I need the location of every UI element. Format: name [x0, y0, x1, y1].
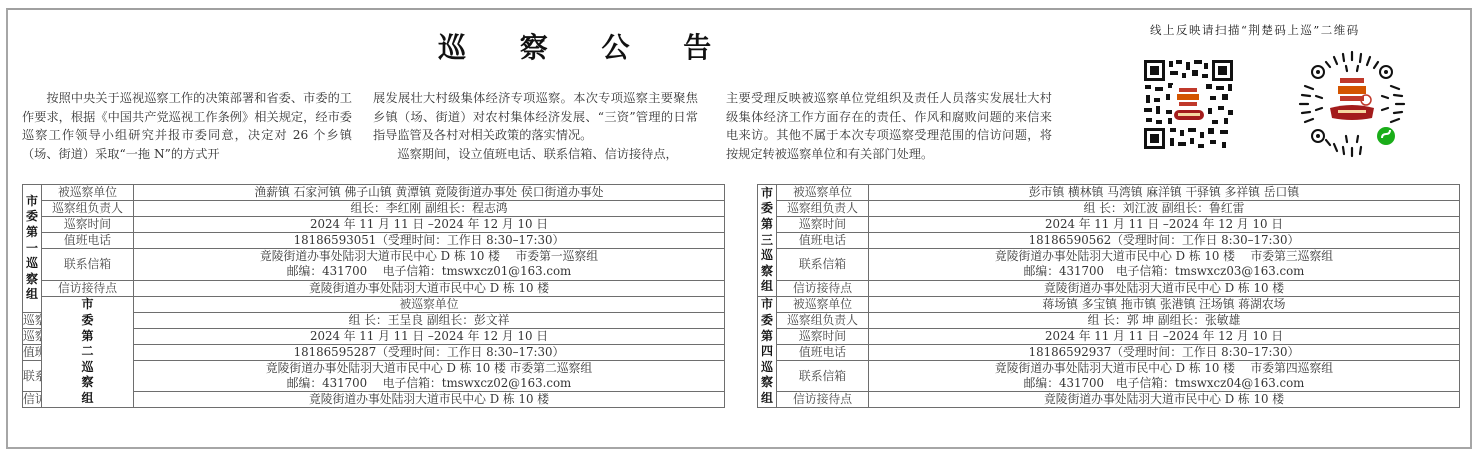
group-2-period: 2024 年 11 月 11 日 –2024 年 12 月 10 日	[134, 328, 725, 344]
group-1-phone: 18186593051（受理时间：工作日 8:30–17:30）	[134, 233, 725, 249]
group-name-char: 一	[23, 241, 41, 257]
group-name-char: 委	[42, 313, 133, 329]
group-name-char: 市	[758, 297, 776, 313]
intro-column-1: 按照中央关于巡视巡察工作的决策部署和省委、市委的工作要求，根据《中国共产党巡视工…	[22, 89, 352, 163]
group-name-char: 二	[42, 344, 133, 360]
group-name-char: 察	[42, 375, 133, 391]
group-name-char: 巡	[758, 248, 776, 264]
label-units: 被巡察单位	[777, 296, 869, 312]
label-period: 巡察时间	[23, 328, 42, 344]
group-name-char: 市	[758, 186, 776, 202]
label-phone: 值班电话	[777, 233, 869, 249]
mini-program-code-icon[interactable]	[1296, 48, 1408, 160]
group-2-leaders: 组 长：王呈良 副组长：彭文祥	[134, 312, 725, 328]
group-name-char: 察	[758, 375, 776, 391]
label-period: 巡察时间	[42, 217, 134, 233]
group-4-mailbox-address: 竟陵街道办事处陆羽大道市民中心 D 栋 10 楼 市委第四巡察组	[869, 361, 1460, 377]
group-4-name: 市 委 第 四 巡 察 组	[758, 296, 777, 408]
group-name-char: 组	[758, 279, 776, 295]
group-4-mailbox-email: 邮编：431700 电子信箱：tmswxcz04@163.com	[869, 376, 1460, 392]
group-name-char: 察	[23, 272, 41, 288]
label-phone: 值班电话	[23, 344, 42, 360]
group-name-char: 市	[42, 297, 133, 313]
label-reception: 信访接待点	[777, 280, 869, 296]
group-1-period: 2024 年 11 月 11 日 –2024 年 12 月 10 日	[134, 217, 725, 233]
group-name-char: 委	[758, 201, 776, 217]
group-name-char: 巡	[758, 360, 776, 376]
intro-paragraph-1-continued: 展发展壮大村级集体经济专项巡察。本次专项巡察主要聚焦乡镇（场、街道）对农村集体经…	[373, 89, 698, 145]
group-1-mailbox-address: 竟陵街道办事处陆羽大道市民中心 D 栋 10 楼 市委第一巡察组	[134, 249, 725, 265]
group-3-leaders: 组 长：刘江波 副组长：鲁红雷	[869, 201, 1460, 217]
group-name-char: 委	[23, 209, 41, 225]
group-2-phone: 18186595287（受理时间：工作日 8:30–17:30）	[134, 344, 725, 360]
group-4-reception: 竟陵街道办事处陆羽大道市民中心 D 栋 10 楼	[869, 392, 1460, 408]
qr-code-icon[interactable]	[1142, 58, 1235, 151]
group-1-leaders: 组长：李红刚 副组长：程志鸿	[134, 201, 725, 217]
label-leaders: 巡察组负责人	[777, 312, 869, 328]
label-leaders: 巡察组负责人	[23, 312, 42, 328]
label-leaders: 巡察组负责人	[42, 201, 134, 217]
label-leaders: 巡察组负责人	[777, 201, 869, 217]
label-units: 被巡察单位	[134, 296, 725, 312]
group-3-period: 2024 年 11 月 11 日 –2024 年 12 月 10 日	[869, 217, 1460, 233]
group-name-char: 组	[23, 287, 41, 303]
group-2-reception: 竟陵街道办事处陆羽大道市民中心 D 栋 10 楼	[134, 392, 725, 408]
group-name-char: 巡	[42, 360, 133, 376]
group-name-char: 第	[758, 217, 776, 233]
group-4-leaders: 组 长：郭 坤 副组长：张敏雄	[869, 312, 1460, 328]
label-period: 巡察时间	[777, 328, 869, 344]
label-reception: 信访接待点	[23, 392, 42, 408]
intro-column-3: 主要受理反映被巡察单位党组织及责任人员落实发展壮大村级集体经济工作方面存在的责任…	[726, 89, 1052, 163]
group-name-char: 第	[23, 225, 41, 241]
page-title: 巡 察 公 告	[438, 30, 638, 66]
group-name-char: 四	[758, 344, 776, 360]
group-1-reception: 竟陵街道办事处陆羽大道市民中心 D 栋 10 楼	[134, 280, 725, 296]
group-3-phone: 18186590562（受理时间：工作日 8:30–17:30）	[869, 233, 1460, 249]
group-3-mailbox-address: 竟陵街道办事处陆羽大道市民中心 D 栋 10 楼 市委第三巡察组	[869, 249, 1460, 265]
group-3-name: 市 委 第 三 巡 察 组	[758, 185, 777, 297]
mini-program-badge-icon	[1377, 127, 1395, 145]
group-2-name: 市 委 第 二 巡 察 组	[42, 296, 134, 408]
group-1-name: 市 委 第 一 巡 察 组	[23, 185, 42, 313]
group-name-char: 组	[42, 391, 133, 407]
group-3-mailbox-email: 邮编：431700 电子信箱：tmswxcz03@163.com	[869, 264, 1460, 280]
label-period: 巡察时间	[777, 217, 869, 233]
intro-paragraph-2: 巡察期间，设立值班电话、联系信箱、信访接待点，	[373, 145, 698, 164]
group-name-char: 察	[758, 264, 776, 280]
group-2-mailbox-address: 竟陵街道办事处陆羽大道市民中心 D 栋 10 楼 市委第二巡察组	[134, 361, 725, 377]
intro-column-2: 展发展壮大村级集体经济专项巡察。本次专项巡察主要聚焦乡镇（场、街道）对农村集体经…	[373, 89, 698, 163]
group-2-mailbox-email: 邮编：431700 电子信箱：tmswxcz02@163.com	[134, 376, 725, 392]
group-4-period: 2024 年 11 月 11 日 –2024 年 12 月 10 日	[869, 328, 1460, 344]
patrol-table-right: 市 委 第 三 巡 察 组 被巡察单位 彭市镇 横林镇 马湾镇 麻洋镇 干驿镇 …	[757, 184, 1460, 408]
group-3-reception: 竟陵街道办事处陆羽大道市民中心 D 栋 10 楼	[869, 280, 1460, 296]
intro-paragraph-1: 按照中央关于巡视巡察工作的决策部署和省委、市委的工作要求，根据《中国共产党巡视工…	[22, 89, 352, 163]
group-4-units: 蒋场镇 多宝镇 拖市镇 张港镇 汪场镇 蒋湖农场	[869, 296, 1460, 312]
label-mailbox: 联系信箱	[23, 361, 42, 392]
label-mailbox: 联系信箱	[777, 249, 869, 280]
label-units: 被巡察单位	[42, 185, 134, 201]
label-mailbox: 联系信箱	[777, 361, 869, 392]
group-4-phone: 18186592937（受理时间：工作日 8:30–17:30）	[869, 344, 1460, 360]
label-phone: 值班电话	[777, 344, 869, 360]
intro-paragraph-2-continued: 主要受理反映被巡察单位党组织及责任人员落实发展壮大村级集体经济工作方面存在的责任…	[726, 89, 1052, 163]
group-name-char: 第	[758, 329, 776, 345]
group-name-char: 第	[42, 329, 133, 345]
label-phone: 值班电话	[42, 233, 134, 249]
group-1-units: 渔薪镇 石家河镇 佛子山镇 黄潭镇 竟陵街道办事处 侯口街道办事处	[134, 185, 725, 201]
group-name-char: 市	[23, 194, 41, 210]
label-units: 被巡察单位	[777, 185, 869, 201]
group-name-char: 委	[758, 313, 776, 329]
label-mailbox: 联系信箱	[42, 249, 134, 280]
label-reception: 信访接待点	[777, 392, 869, 408]
group-3-units: 彭市镇 横林镇 马湾镇 麻洋镇 干驿镇 多祥镇 岳口镇	[869, 185, 1460, 201]
group-1-mailbox-email: 邮编：431700 电子信箱：tmswxcz01@163.com	[134, 264, 725, 280]
patrol-table-left: 市 委 第 一 巡 察 组 被巡察单位 渔薪镇 石家河镇 佛子山镇 黄潭镇 竟陵…	[22, 184, 725, 408]
label-reception: 信访接待点	[42, 280, 134, 296]
group-name-char: 三	[758, 233, 776, 249]
group-name-char: 巡	[23, 256, 41, 272]
group-name-char: 组	[758, 391, 776, 407]
qr-caption: 线上反映请扫描“荆楚码上巡”二维码	[1150, 22, 1360, 38]
